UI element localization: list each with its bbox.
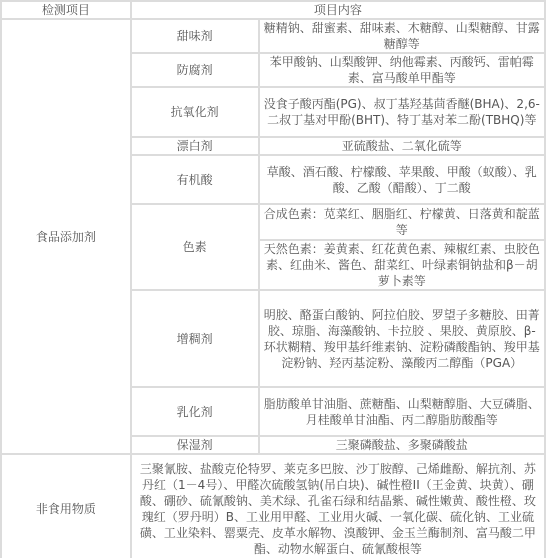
content-cell: 苯甲酸钠、山梨酸钾、纳他霉素、丙酸钙、雷帕霉素、富马酸单甲酯等 (259, 53, 545, 87)
category-cell: 色素 (131, 204, 259, 290)
category-cell: 增稠剂 (131, 290, 259, 387)
category-cell: 乳化剂 (131, 387, 259, 436)
content-cell: 亚硫酸盐、二氧化硫等 (259, 137, 545, 155)
content-cell: 糖精钠、甜蜜素、甜味素、木糖醇、山梨糖醇、甘露糖醇等 (259, 19, 545, 53)
content-cell: 天然色素：姜黄素、红花黄色素、辣椒红素、虫胶色素、红曲米、酱色、甜菜红、叶绿素铜… (259, 240, 545, 290)
content-cell: 没食子酸丙酯(PG)、叔丁基羟基茴香醚(BHA)、2,6-二叔丁基对甲酚(BHT… (259, 87, 545, 137)
table-row: 食品添加剂 甜味剂 糖精钠、甜蜜素、甜味素、木糖醇、山梨糖醇、甘露糖醇等 (1, 19, 545, 53)
table-row: 非食用物质 三聚氰胺、盐酸克伦特罗、莱克多巴胺、沙丁胺醇、己烯雌酚、解抗剂、苏丹… (1, 454, 545, 558)
group-non-food: 非食用物质 (1, 454, 131, 558)
detection-items-table: 检测项目 项目内容 食品添加剂 甜味剂 糖精钠、甜蜜素、甜味素、木糖醇、山梨糖醇… (0, 0, 546, 558)
content-cell: 合成色素：苋菜红、胭脂红、柠檬黄、日落黄和靛蓝等 (259, 204, 545, 240)
category-cell: 漂白剂 (131, 137, 259, 155)
content-cell: 三聚氰胺、盐酸克伦特罗、莱克多巴胺、沙丁胺醇、己烯雌酚、解抗剂、苏丹红（1－4号… (131, 454, 545, 558)
category-cell: 抗氧化剂 (131, 87, 259, 137)
group-food-additives: 食品添加剂 (1, 19, 131, 454)
content-cell: 三聚磷酸盐、多聚磷酸盐 (259, 436, 545, 454)
header-detection-item: 检测项目 (1, 1, 131, 19)
header-item-content: 项目内容 (131, 1, 545, 19)
category-cell: 防腐剂 (131, 53, 259, 87)
content-cell: 明胶、酪蛋白酸钠、阿拉伯胶、罗望子多糖胶、田菁胶、琼脂、海藻酸钠、卡拉胶 、果胶… (259, 290, 545, 387)
header-row: 检测项目 项目内容 (1, 1, 545, 19)
content-cell: 脂肪酸单甘油脂、蔗糖酯、山梨糖醇脂、大豆磷脂、月桂酸单甘油酯、丙二醇脂肪酸酯等 (259, 387, 545, 436)
category-cell: 保湿剂 (131, 436, 259, 454)
category-cell: 有机酸 (131, 155, 259, 204)
category-cell: 甜味剂 (131, 19, 259, 53)
content-cell: 草酸、酒石酸、柠檬酸、苹果酸、甲酸（蚁酸）、乳酸、乙酸（醋酸）、丁二酸 (259, 155, 545, 204)
